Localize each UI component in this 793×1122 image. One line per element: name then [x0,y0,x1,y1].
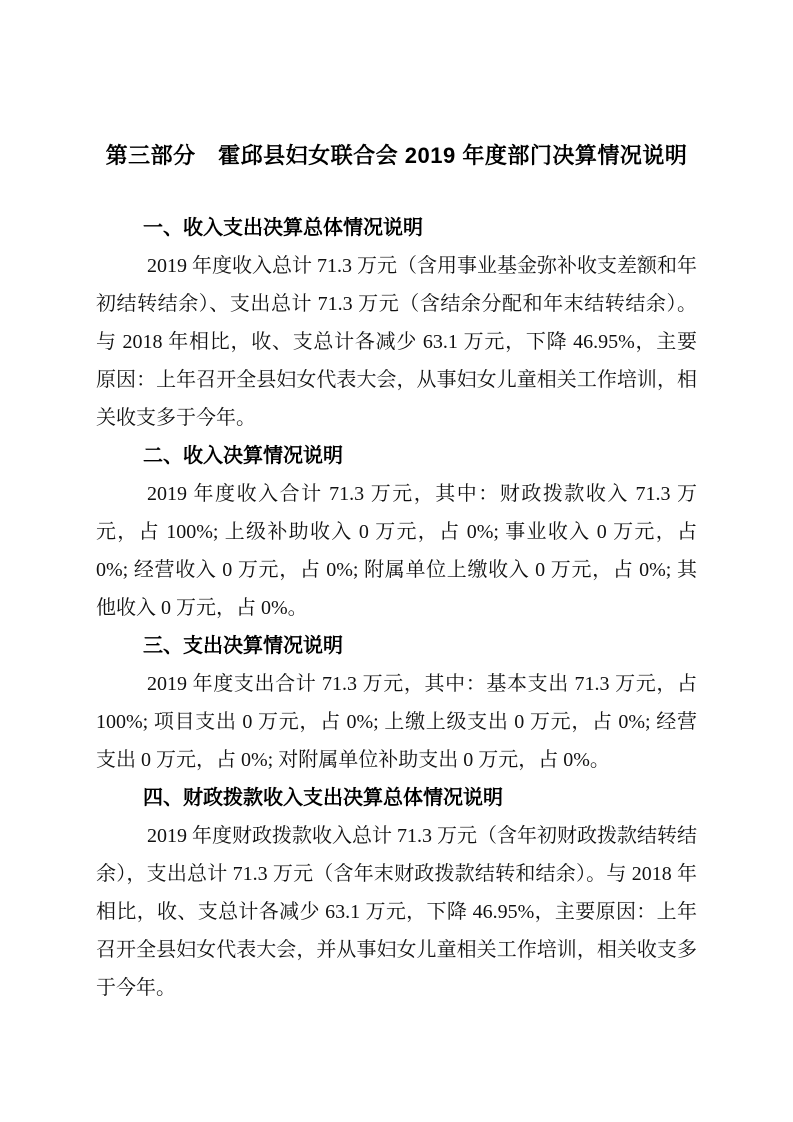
document-content: 第三部分 霍邱县妇女联合会 2019 年度部门决算情况说明 一、收入支出决算总体… [96,140,697,1007]
document-page: 第三部分 霍邱县妇女联合会 2019 年度部门决算情况说明 一、收入支出决算总体… [0,0,793,1122]
section-paragraph-4: 2019 年度财政拨款收入总计 71.3 万元（含年初财政拨款结转结余），支出总… [96,817,697,1007]
section-heading-4: 四、财政拨款收入支出决算总体情况说明 [96,779,697,817]
section-income-statement: 二、收入决算情况说明 2019 年度收入合计 71.3 万元，其中：财政拨款收入… [96,437,697,627]
section-heading-2: 二、收入决算情况说明 [96,437,697,475]
document-title: 第三部分 霍邱县妇女联合会 2019 年度部门决算情况说明 [96,140,697,172]
section-paragraph-3: 2019 年度支出合计 71.3 万元，其中：基本支出 71.3 万元，占 10… [96,665,697,779]
section-paragraph-2: 2019 年度收入合计 71.3 万元，其中：财政拨款收入 71.3 万元，占 … [96,475,697,627]
section-income-expenditure-overview: 一、收入支出决算总体情况说明 2019 年度收入总计 71.3 万元（含用事业基… [96,209,697,437]
section-expenditure-statement: 三、支出决算情况说明 2019 年度支出合计 71.3 万元，其中：基本支出 7… [96,627,697,779]
section-fiscal-appropriation-overview: 四、财政拨款收入支出决算总体情况说明 2019 年度财政拨款收入总计 71.3 … [96,779,697,1007]
section-heading-1: 一、收入支出决算总体情况说明 [96,209,697,247]
section-heading-3: 三、支出决算情况说明 [96,627,697,665]
section-paragraph-1: 2019 年度收入总计 71.3 万元（含用事业基金弥补收支差额和年初结转结余）… [96,247,697,437]
